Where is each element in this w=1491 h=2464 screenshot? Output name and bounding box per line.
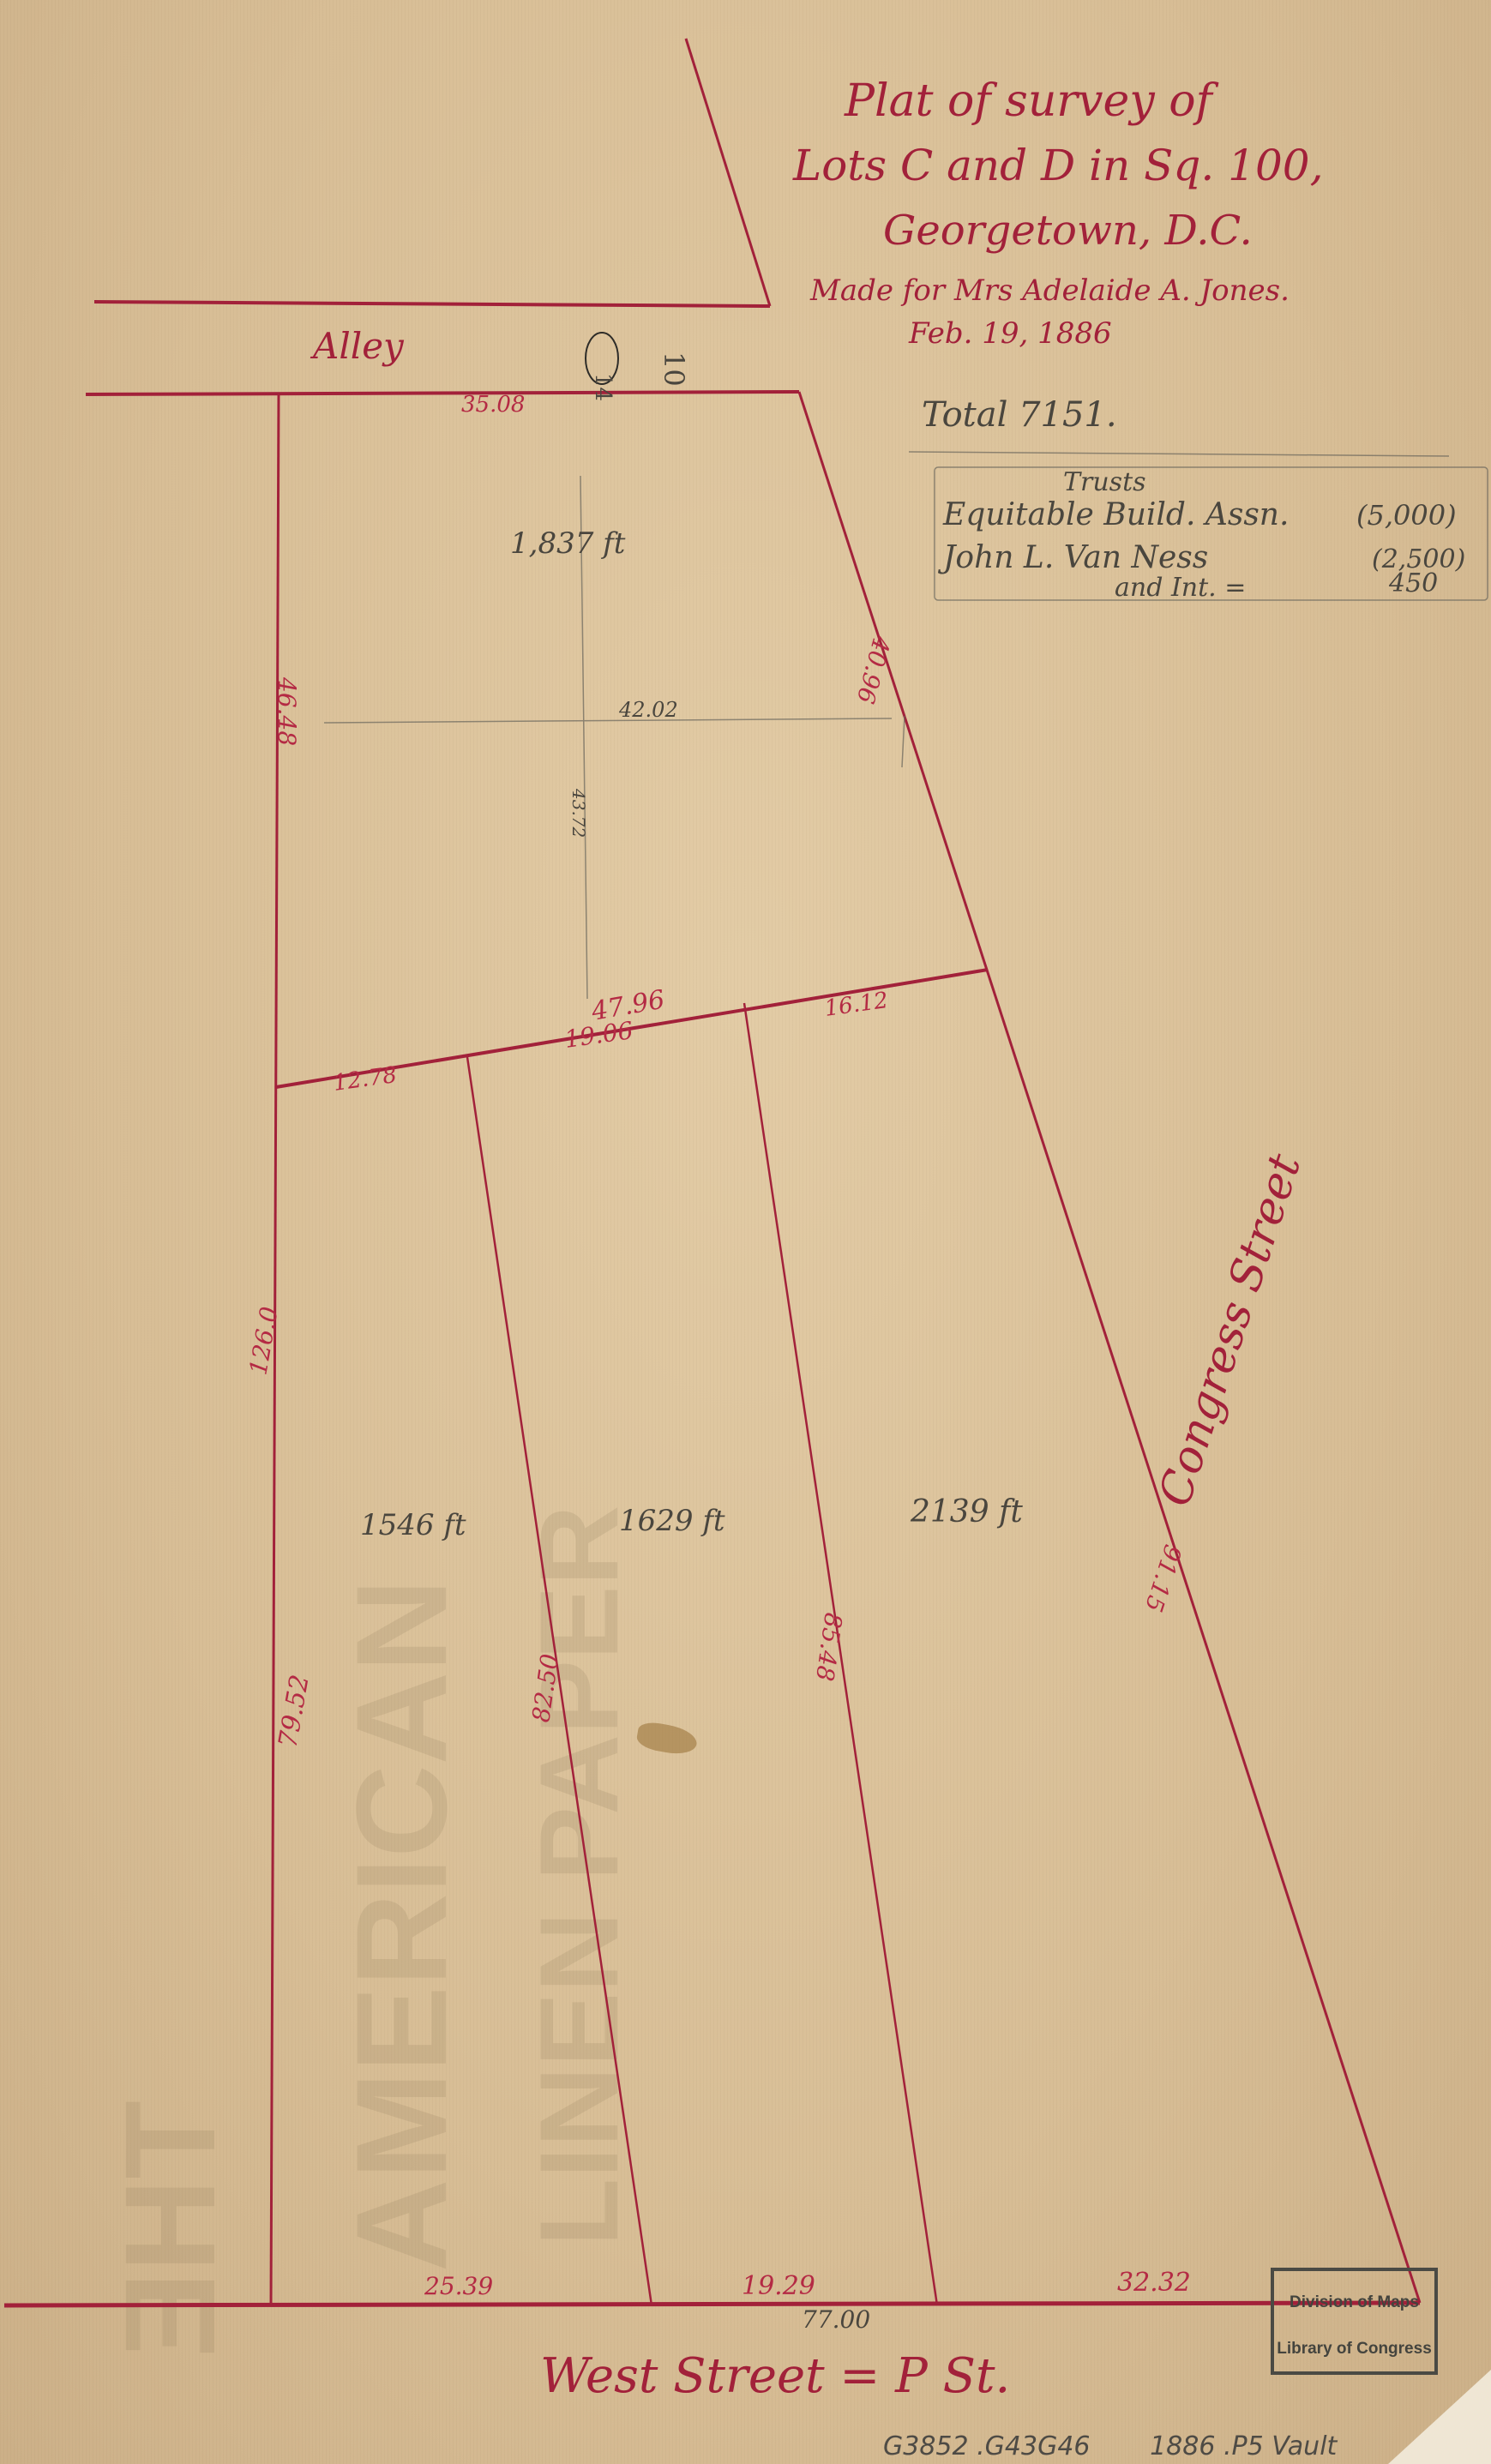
call-number-part-2: 1886 .P5 Vault bbox=[1150, 2431, 1337, 2461]
total-note: Total 7151. bbox=[922, 395, 1117, 435]
paper-corner-tear bbox=[1388, 2370, 1491, 2464]
trust2-name: John L. Van Ness bbox=[937, 540, 1208, 575]
measure-bottom-total: 77.00 bbox=[802, 2305, 870, 2334]
measure-congress-lower: 91.15 bbox=[1139, 1542, 1187, 1615]
line-alley-bottom bbox=[86, 392, 799, 394]
line-upper-diagonal bbox=[686, 39, 770, 306]
trust2-interest-label: and Int. = bbox=[1115, 573, 1246, 603]
survey-plat: THE AMERICAN LINEN PAPER Plat of survey … bbox=[0, 0, 1491, 2464]
area-lot-a: 1546 ft bbox=[360, 1508, 466, 1542]
west-street-label: West Street = P St. bbox=[540, 2348, 1010, 2404]
call-number-part-1: G3852 .G43G46 bbox=[883, 2431, 1091, 2461]
pencil-horizontal bbox=[324, 718, 892, 723]
pencil-tick bbox=[902, 716, 905, 767]
measure-seg-right: 16.12 bbox=[823, 988, 890, 1022]
measure-top-alley: 35.08 bbox=[461, 392, 525, 418]
measure-pencil-depth: 43.72 bbox=[568, 788, 589, 838]
trust1-amount: (5,000) bbox=[1356, 499, 1457, 532]
measure-left-full: 126.0 bbox=[243, 1305, 283, 1378]
title-line-2: Lots C and D in Sq. 100, bbox=[792, 141, 1323, 190]
measure-left-lower: 79.52 bbox=[273, 1673, 315, 1751]
marginal-notes: Total 7151. Trusts Equitable Build. Assn… bbox=[922, 395, 1465, 603]
congress-street-label: Congress Street bbox=[1149, 1148, 1311, 1512]
paper-watermark-3: LINEN PAPER bbox=[516, 1505, 641, 2246]
measure-bottom-right: 32.32 bbox=[1117, 2268, 1191, 2298]
pencil-total-rule bbox=[909, 452, 1449, 456]
svg-text:THE: THE bbox=[98, 2100, 242, 2358]
measure-div2: 85.48 bbox=[810, 1611, 848, 1683]
stamp-line-1: Division of Maps bbox=[1274, 2293, 1434, 2312]
trust2-interest: 450 bbox=[1388, 568, 1438, 598]
pencil-lines bbox=[324, 452, 1488, 999]
title-line-1: Plat of survey of bbox=[844, 75, 1219, 127]
measure-bottom-mid: 19.29 bbox=[742, 2271, 815, 2301]
svg-text:LINEN PAPER: LINEN PAPER bbox=[516, 1505, 641, 2246]
area-upper-lot: 1,837 ft bbox=[510, 526, 626, 561]
paper-watermark-2: AMERICAN bbox=[329, 1579, 473, 2272]
library-stamp: Division of Maps Library of Congress bbox=[1271, 2268, 1438, 2375]
call-number: G3852 .G43G46 1886 .P5 Vault bbox=[883, 2431, 1388, 2461]
line-alley-top bbox=[94, 302, 770, 306]
trusts-heading: Trusts bbox=[1063, 467, 1146, 497]
line-west-street bbox=[4, 2303, 1420, 2305]
title-line-5: Feb. 19, 1886 bbox=[908, 316, 1112, 351]
measure-seg-mid: 19.06 bbox=[562, 1016, 634, 1054]
title-block: Plat of survey of Lots C and D in Sq. 10… bbox=[792, 75, 1323, 351]
title-line-3: Georgetown, D.C. bbox=[883, 207, 1253, 255]
circled-number: 14 bbox=[590, 373, 616, 401]
svg-text:AMERICAN: AMERICAN bbox=[329, 1579, 473, 2272]
paper-watermark: THE bbox=[98, 2100, 242, 2358]
alley-label: Alley bbox=[310, 325, 405, 367]
area-lot-b: 1629 ft bbox=[619, 1504, 725, 1538]
area-lot-c: 2139 ft bbox=[910, 1494, 1023, 1529]
measure-left-upper: 46.48 bbox=[273, 676, 301, 746]
measure-bottom-left: 25.39 bbox=[424, 2272, 493, 2300]
survey-lines bbox=[4, 39, 1420, 2305]
line-congress-street bbox=[799, 392, 1420, 2303]
measure-seg-left: 12.78 bbox=[332, 1062, 399, 1097]
title-line-4: Made for Mrs Adelaide A. Jones. bbox=[809, 273, 1290, 308]
stamp-line-2: Library of Congress bbox=[1274, 2340, 1434, 2359]
measure-pencil-width: 42.02 bbox=[618, 698, 678, 722]
lot-ref-number: 10 bbox=[658, 352, 690, 387]
trust1-name: Equitable Build. Assn. bbox=[942, 497, 1289, 532]
